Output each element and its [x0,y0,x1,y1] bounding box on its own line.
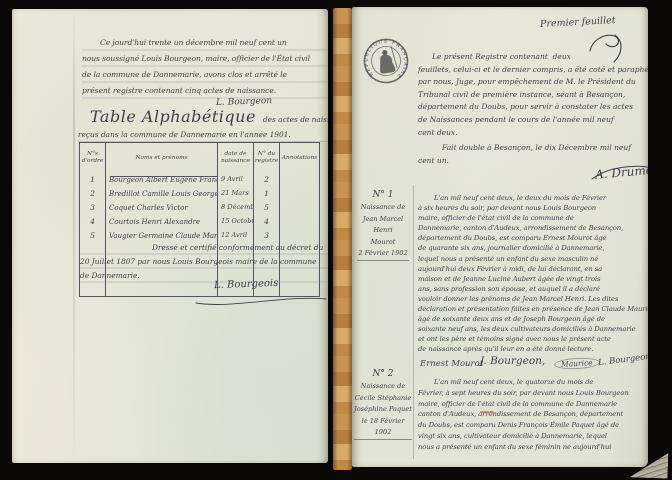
table-cell: 21 Mars [218,187,254,201]
handwritten-line: Dannemarie, canton d'Audeux, arrondissem… [418,223,648,233]
certification-signature: L. Bourgeois [214,278,279,291]
act1-text: L'an mil neuf cent deux, le deux du mois… [418,193,648,355]
act1-signature-father: Ernest Mourot [420,359,483,369]
handwritten-line: de Dannemarie. [80,269,328,283]
handwritten-line: maire, officier de l'état civil de la co… [418,399,648,410]
table-header-cell: N°s d'ordre [80,143,106,173]
handwritten-line: présent registre contenant cinq actes de… [82,83,328,99]
handwritten-line: déclaration et présentation faites en pr… [418,304,648,314]
handwritten-line: aujourd'hui deux Février à midi, de lui … [418,264,648,274]
act2-text: L'an mil neuf cent deux, le quatorze du … [418,377,648,453]
act2-margin-note: N° 2Naissance deCécile StéphanieJoséphin… [354,368,412,440]
table-cell [280,201,319,215]
table-cell: 1 [80,173,106,187]
table-header-cell: date de naissance [218,143,254,173]
table-cell: 5 [254,201,280,215]
handwritten-line: canton d'Audeux, arrondissement de Besan… [418,409,648,420]
handwritten-line: nous soussigné Louis Bourgeon, maire, of… [82,51,328,67]
handwritten-line: et ont les père et témoins signé avec no… [418,334,648,344]
republique-francaise-stamp-icon: RÉPUBLIQUE FRANÇAISE [357,32,416,91]
handwritten-line: de quarante six ans, journalier domicili… [418,243,648,253]
handwritten-line: du Doubs, est comparu Denis François Émi… [418,420,648,431]
handwritten-line: 2 Février 1902 [357,248,408,261]
handwritten-line: vouloir donner les prénoms de Jean Marce… [418,294,648,304]
table-cell: 2 [254,173,280,187]
table-header-cell: Noms et prénoms [106,143,218,173]
table-cell: Courtois Henri Alexandre [106,215,218,229]
handwritten-line: vingt six ans, cultivateur domicilié à D… [418,431,648,442]
certification-note: Dressé et certifié conformément au décre… [80,241,328,283]
table-title: Table Alphabétiquedes actes de naissance [90,107,328,126]
handwritten-line: soixante neuf ans, les deux cultivateurs… [418,324,648,334]
scanned-register-spread: Ce jourd'hui trente un décembre mil neuf… [0,0,672,480]
handwritten-line: Le présent Registre contenant deux [418,51,648,64]
handwritten-line: maire, officier de l'état civil de la co… [418,213,648,223]
handwritten-line: de naissance après qu'il leur en a été d… [418,344,648,354]
handwritten-line: Naissance de [354,202,412,214]
table-cell: 4 [80,215,106,229]
handwritten-line: L'an mil neuf cent deux, le deux du mois… [418,193,648,203]
handwritten-line: par nous, Juge, pour empêchement de M. l… [418,76,648,89]
page-fold-line [73,9,75,463]
act1-signature-mayor: J. Bourgeon, [480,355,545,367]
signature-flourish [192,292,328,308]
handwritten-line: Jean Marcel Henri [354,214,412,237]
handwritten-line: nous a présenté un enfant du sexe fémini… [418,442,648,453]
table-header-cell: N° du registre [254,143,280,173]
handwritten-line: feuillets, celui-ci et le dernier compri… [418,64,648,77]
right-page: Premier feuillet RÉPUBLIQUE FRANÇAISE Le… [352,7,648,467]
handwritten-line: Joséphine Paquet [354,404,412,416]
table-cell: 3 [80,201,106,215]
table-cell: 8 Décembre [218,201,254,215]
handwritten-line: de Naissances pendant le cours de l'anné… [418,114,648,127]
act1-signature-witness1: Maurice [554,357,600,370]
act1-margin-note: N° 1Naissance deJean Marcel HenriMourot2… [354,189,412,261]
table-cell: 9 Avril [218,173,254,187]
table-cell [280,215,319,229]
handwritten-line: N° 2 [354,368,412,381]
handwritten-line: de la commune de Dannemarie, avons clos … [82,67,328,83]
handwritten-line: département du Doubs, est comparu Ernest… [418,233,648,243]
handwritten-line: département du Doubs, pour servir à cons… [418,101,648,114]
handwritten-line: Cécile Stéphanie [354,393,412,405]
table-cell: Bredillot Camille Louis Georges [106,187,218,201]
table-title-suffix: des actes de naissance [263,115,328,124]
handwritten-line: lequel nous a présenté un enfant du sexe… [418,254,648,264]
table-title-main: Table Alphabétique [90,107,256,126]
handwritten-line: Naissance de [354,381,412,393]
handwritten-line: le 18 Février 1902 [354,416,412,440]
table-subtitle: reçus dans la commune de Dannemarie en l… [78,130,328,142]
handwritten-line: cent deux. [418,127,648,140]
handwritten-line: Ce jourd'hui trente un décembre mil neuf… [82,35,328,51]
handwritten-line: âgé de soixante deux ans et de Joseph Bo… [418,314,648,324]
handwritten-line: à six heures du soir, par devant nous Lo… [418,203,648,213]
corner-note: Premier feuillet [540,15,616,30]
table-cell: 2 [80,187,106,201]
table-header-rule [110,176,218,177]
left-page: Ce jourd'hui trente un décembre mil neuf… [12,9,328,463]
register-opening: Le présent Registre contenant deuxfeuill… [418,51,648,139]
handwritten-line: Dressé et certifié conformément au décre… [80,241,328,255]
handwritten-line: Février, à sept heures du soir, par deva… [418,388,648,399]
table-cell: 4 [254,215,280,229]
handwritten-line: Tribunal civil de première instance, séa… [418,89,648,102]
table-header-cell: Annotations [280,143,319,173]
table-cell [280,187,319,201]
table-cell: Coquet Charles Victor [106,201,218,215]
binding-stub [333,8,352,470]
closing-statement: Ce jourd'hui trente un décembre mil neuf… [82,35,328,99]
table-cell [280,173,319,187]
table-cell: 15 Octobre [218,215,254,229]
handwritten-line: L'an mil neuf cent deux, le quatorze du … [418,377,648,388]
handwritten-line: Mourot [354,237,412,249]
margin-rule [413,185,414,459]
table-cell: 1 [254,187,280,201]
handwritten-line: ans, sans profession son épouse, et auqu… [418,284,648,294]
handwritten-line: N° 1 [354,189,412,202]
handwritten-line: 20 Juillet 1807 par nous Louis Bourgeois… [80,255,328,269]
handwritten-line: Fait double à Besançon, le dix Décembre … [418,141,648,154]
handwritten-line: maison et de Jeanne Lucine Aubert âgée d… [418,274,648,284]
ink-mark [480,411,494,413]
